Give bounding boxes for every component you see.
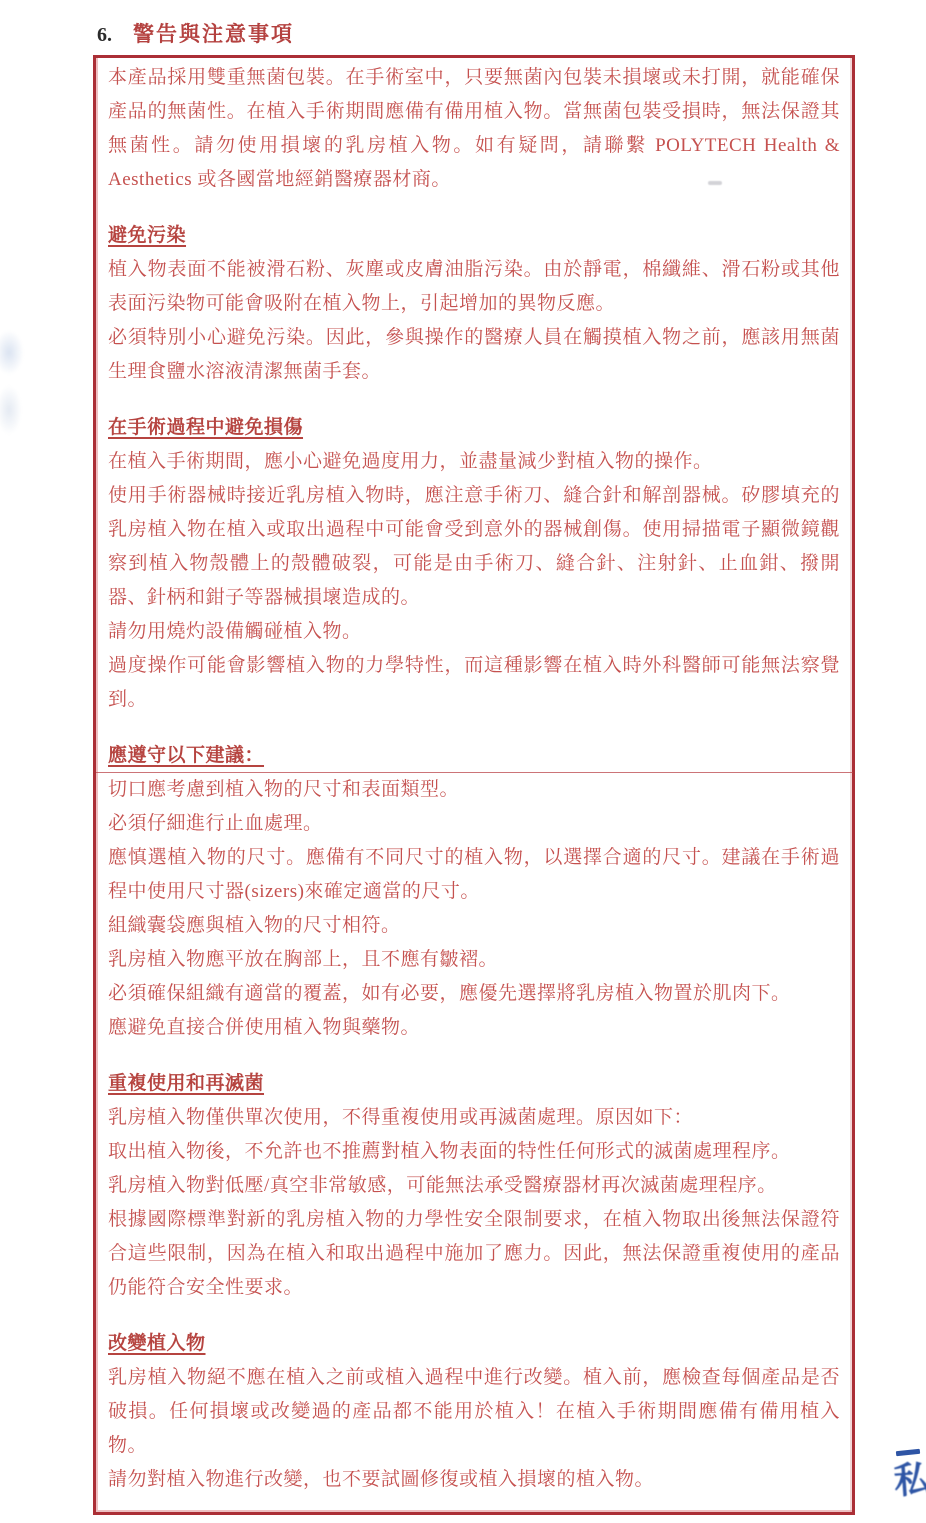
paragraph: 乳房植入物對低壓/真空非常敏感，可能無法承受醫療器材再次滅菌處理程序。 — [108, 1169, 840, 1203]
blue-stamp-fragment: 私 — [888, 1438, 926, 1523]
scan-seam-line — [96, 772, 853, 773]
paragraph: 根據國際標準對新的乳房植入物的力學性安全限制要求，在植入物取出後無法保證符合這些… — [108, 1203, 840, 1305]
paragraph: 過度操作可能會影響植入物的力學特性，而這種影響在植入時外科醫師可能無法察覺到。 — [108, 649, 840, 717]
section-number: 6. — [97, 24, 112, 47]
scanned-document-page: 6. 警告與注意事項 本產品採用雙重無菌包裝。在手術室中，只要無菌內包裝未損壞或… — [0, 0, 926, 1523]
page-title: 警告與注意事項 — [133, 18, 294, 48]
paragraph: 乳房植入物應平放在胸部上，且不應有皺褶。 — [108, 943, 840, 977]
paragraph: 必須仔細進行止血處理。 — [108, 807, 840, 841]
paragraph: 必須特別小心避免污染。因此，參與操作的醫療人員在觸摸植入物之前，應該用無菌生理食… — [108, 321, 840, 389]
paragraph: 組織囊袋應與植入物的尺寸相符。 — [108, 909, 840, 943]
heading-avoid-contamination: 避免污染 — [108, 219, 840, 253]
scan-smudge-artifact — [0, 330, 24, 375]
heading-modifying-implants: 改變植入物 — [108, 1327, 840, 1361]
paragraph: 在植入手術期間，應小心避免過度用力，並盡量減少對植入物的操作。 — [108, 445, 840, 479]
paragraph: 應慎選植入物的尺寸。應備有不同尺寸的植入物，以選擇合適的尺寸。建議在手術過程中使… — [108, 841, 840, 909]
paragraph: 植入物表面不能被滑石粉、灰塵或皮膚油脂污染。由於靜電，棉纖維、滑石粉或其他表面污… — [108, 253, 840, 321]
document-section-heading: 6. 警告與注意事項 — [97, 18, 294, 48]
paragraph: 使用手術器械時接近乳房植入物時，應注意手術刀、縫合針和解剖器械。矽膠填充的乳房植… — [108, 479, 840, 615]
scan-smudge-artifact — [0, 385, 22, 435]
paragraph: 切口應考慮到植入物的尺寸和表面類型。 — [108, 773, 840, 807]
warnings-notice-box: 本產品採用雙重無菌包裝。在手術室中，只要無菌內包裝未損壞或未打開，就能確保產品的… — [93, 55, 855, 1515]
intro-paragraph: 本產品採用雙重無菌包裝。在手術室中，只要無菌內包裝未損壞或未打開，就能確保產品的… — [108, 61, 840, 197]
paragraph: 請勿用燒灼設備觸碰植入物。 — [108, 615, 840, 649]
paragraph: 乳房植入物僅供單次使用，不得重複使用或再滅菌處理。原因如下： — [108, 1101, 840, 1135]
heading-reuse-resterilization: 重複使用和再滅菌 — [108, 1067, 840, 1101]
heading-avoid-damage-during-surgery: 在手術過程中避免損傷 — [108, 411, 840, 445]
stamp-glyph: 私 — [893, 1461, 926, 1499]
paragraph: 請勿對植入物進行改變，也不要試圖修復或植入損壞的植入物。 — [108, 1463, 840, 1497]
paragraph: 取出植入物後，不允許也不推薦對植入物表面的特性任何形式的滅菌處理程序。 — [108, 1135, 840, 1169]
stamp-stroke — [896, 1449, 920, 1456]
paragraph: 應避免直接合併使用植入物與藥物。 — [108, 1011, 840, 1045]
paragraph: 乳房植入物絕不應在植入之前或植入過程中進行改變。植入前，應檢查每個產品是否破損。… — [108, 1361, 840, 1463]
paragraph: 必須確保組織有適當的覆蓋，如有必要，應優先選擇將乳房植入物置於肌肉下。 — [108, 977, 840, 1011]
heading-recommendations: 應遵守以下建議： — [108, 739, 840, 773]
scan-smudge-artifact — [708, 181, 722, 185]
